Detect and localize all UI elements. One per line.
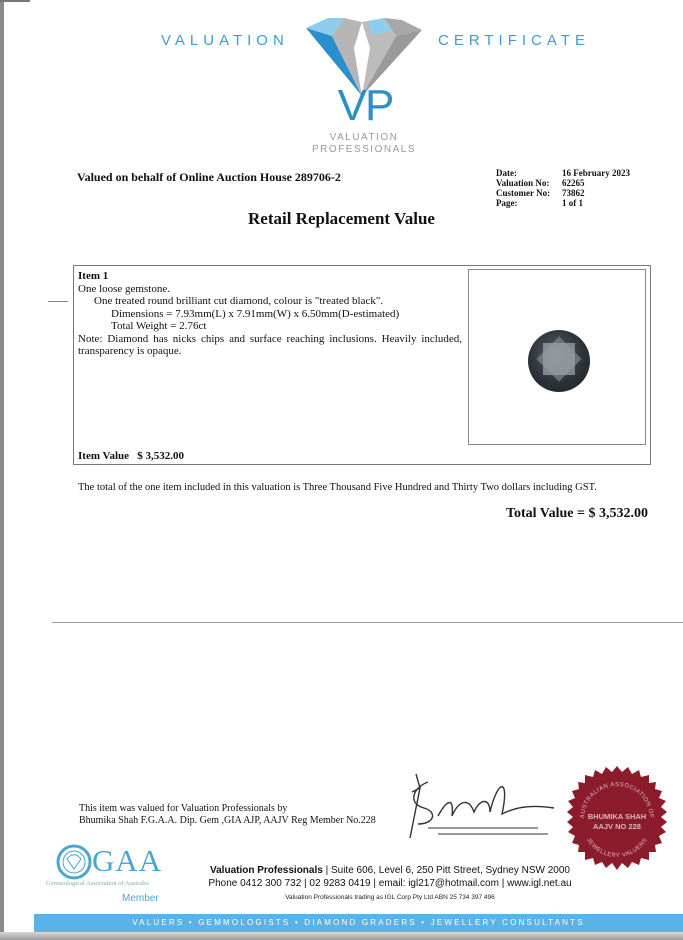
company-contacts: Phone 0412 300 732 | 02 9283 0419 | emai… [140, 877, 640, 890]
logo-line-1: VALUATION [300, 132, 428, 144]
meta-valuation-no: Valuation No:62265 [496, 178, 630, 188]
scan-edge [0, 0, 4, 940]
valued-by-line-1: This item was valued for Valuation Profe… [79, 803, 376, 815]
item-photo [468, 269, 646, 445]
item-value-label: Item Value [78, 450, 129, 462]
meta-date: Date:16 February 2023 [496, 168, 630, 178]
header-certificate-word: CERTIFICATE [438, 32, 590, 49]
footer-band: VALUERS • GEMMOLOGISTS • DIAMOND GRADERS… [34, 914, 683, 932]
aajv-seal: AUSTRALIAN ASSOCIATION OF BHUMIKA SHAH A… [562, 764, 672, 874]
logo-vp-mark: VP [320, 82, 410, 130]
address-line: Valuation Professionals | Suite 606, Lev… [140, 864, 640, 877]
item-note: Note: Diamond has nicks chips and surfac… [78, 333, 462, 358]
scan-artifact-line [48, 301, 68, 302]
company-name: Valuation Professionals [210, 865, 323, 876]
logo-subtitle: VALUATION PROFESSIONALS [300, 132, 428, 156]
meta-customer-no: Customer No:73862 [496, 188, 630, 198]
item-description: Item 1 One loose gemstone. One treated r… [78, 270, 462, 358]
black-diamond-image [528, 330, 590, 392]
header-valuation-word: VALUATION [161, 32, 289, 49]
divider [52, 622, 683, 623]
valued-on-behalf: Valued on behalf of Online Auction House… [77, 170, 341, 185]
gem-table-facet [543, 343, 575, 375]
total-sentence: The total of the one item included in th… [78, 482, 597, 493]
item-value-amount: $ 3,532.00 [137, 450, 184, 462]
item-line-2: One treated round brilliant cut diamond,… [78, 295, 462, 308]
item-weight: Total Weight = 2.76ct [78, 320, 462, 333]
page-title: Retail Replacement Value [0, 209, 683, 229]
company-street: | Suite 606, Level 6, 250 Pitt Street, S… [323, 865, 570, 876]
logo-line-2: PROFESSIONALS [300, 144, 428, 156]
total-value: Total Value = $ 3,532.00 [506, 506, 648, 522]
scan-edge-top [0, 0, 30, 2]
item-box: Item 1 One loose gemstone. One treated r… [73, 265, 651, 465]
signature [398, 768, 558, 840]
certificate-meta: Date:16 February 2023 Valuation No:62265… [496, 168, 630, 208]
trading-as: Valuation Professionals trading as IGL C… [140, 894, 640, 901]
svg-text:BHUMIKA SHAH: BHUMIKA SHAH [588, 812, 646, 821]
item-value: Item Value $ 3,532.00 [78, 450, 184, 462]
svg-text:AAJV NO 228: AAJV NO 228 [593, 822, 641, 831]
company-address: Valuation Professionals | Suite 606, Lev… [140, 864, 640, 890]
valued-by: This item was valued for Valuation Profe… [79, 803, 376, 827]
scan-bottom-edge [0, 932, 683, 940]
gaa-emblem-icon [56, 844, 92, 880]
meta-page: Page:1 of 1 [496, 198, 630, 208]
item-line-1: One loose gemstone. [78, 283, 462, 296]
valued-by-line-2: Bhumika Shah F.G.A.A. Dip. Gem ,GIA AJP,… [79, 815, 376, 827]
item-dimensions: Dimensions = 7.93mm(L) x 7.91mm(W) x 6.5… [78, 308, 462, 321]
item-heading: Item 1 [78, 270, 462, 283]
